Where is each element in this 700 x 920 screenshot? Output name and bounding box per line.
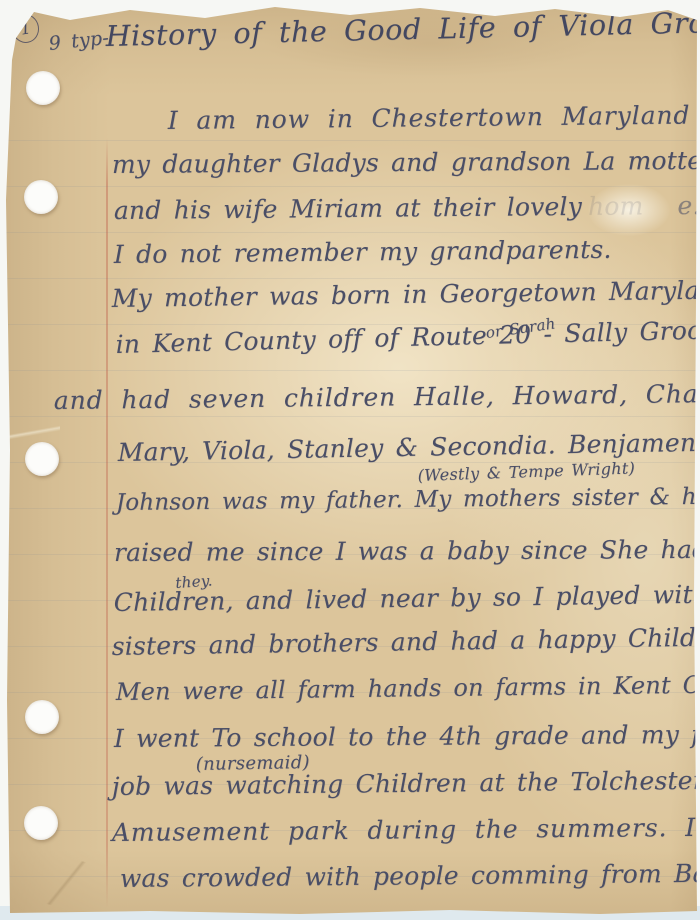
handwritten-line: Amusement park during the summers. It — [112, 813, 700, 847]
handwritten-line: I am now in Chestertown Maryland with — [168, 100, 700, 135]
paper-sheet: 1 9 typ- History of the Good Life of Vio… — [0, 0, 700, 920]
handwritten-line: raised me since I was a baby since She h… — [114, 535, 700, 567]
hole-punch — [25, 442, 59, 476]
document-title: History of the Good Life of Viola Groves — [105, 5, 700, 53]
hole-punch — [24, 806, 58, 840]
hole-punch — [24, 180, 58, 214]
hole-punch — [25, 700, 59, 734]
paper-crease — [0, 420, 60, 446]
handwritten-line: I went To school to the 4th grade and my… — [114, 720, 700, 753]
erased-word: hom — [588, 191, 644, 220]
handwritten-line-text: and his wife Miriam at their lovely — [114, 192, 582, 225]
handwritten-line: I do not remember my grandparents. — [114, 235, 612, 269]
handwritten-line: and his wife Miriam at their lovelyhome. — [114, 191, 700, 225]
handwritten-line: was crowded with people comming from Bal… — [120, 858, 700, 893]
margin-line — [106, 138, 108, 908]
header-note: 9 typ- — [48, 27, 110, 55]
erased-word-tail: e. — [677, 191, 700, 220]
hole-punch — [26, 71, 60, 105]
scan-background: 1 9 typ- History of the Good Life of Vio… — [0, 0, 700, 920]
handwritten-line: my daughter Gladys and grandson La motte — [112, 146, 700, 179]
page-number-badge: 1 — [10, 12, 42, 45]
handwritten-line: job was watching Children at the Tolches… — [112, 766, 700, 801]
page-number: 1 — [19, 18, 32, 38]
